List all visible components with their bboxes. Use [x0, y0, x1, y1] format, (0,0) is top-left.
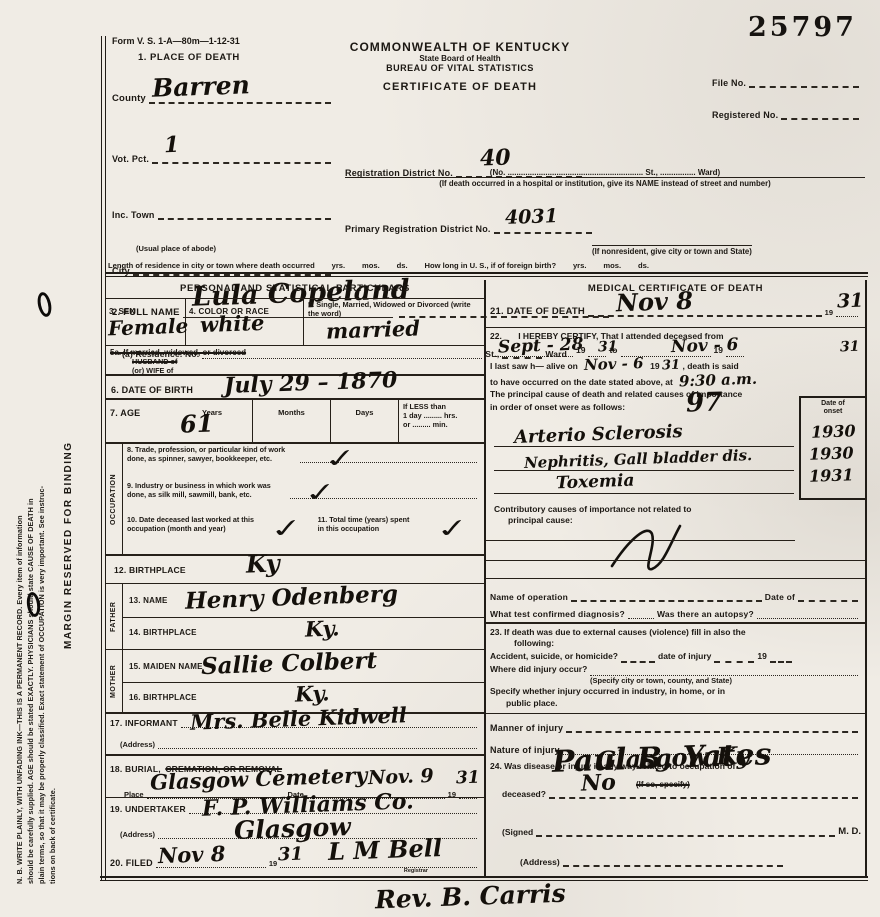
blank-rule — [486, 578, 865, 579]
onset-head-2: onset — [801, 408, 865, 416]
age-label-cell: 7. AGE — [106, 400, 172, 442]
onset-date-handwriting: 1930 — [811, 423, 856, 441]
length-residence-line: Length of residence in city or town wher… — [108, 261, 866, 270]
nature-label: Nature of injury — [490, 745, 560, 755]
q24-line-2: deceased? — [502, 789, 546, 799]
year-prefix: 19 — [825, 308, 833, 317]
filed-value-handwriting: Nov 8 — [158, 843, 226, 866]
cause-1-handwriting: Arterio Sclerosis — [514, 423, 683, 447]
medical-column: MEDICAL CERTIFICATE OF DEATH 21. DATE OF… — [486, 280, 867, 878]
husband-line1-struck: 5a. If married, widowed, or divorced — [110, 348, 480, 357]
margin-nb-line: N. B. WRITE PLAINLY, WITH UNFADING INK—T… — [14, 38, 25, 884]
occ9-label: 9. Industry or business in which work wa… — [127, 482, 287, 499]
blank-line — [714, 660, 754, 663]
time-of-death-handwriting: 9:30 a.m. — [679, 371, 758, 389]
causes-block: Date of onset 1930 1930 1931 97 Arterio … — [486, 406, 865, 586]
age-less-line: 1 day ......... hrs. — [403, 411, 480, 420]
occupation-row-8: 8. Trade, profession, or particular kind… — [123, 444, 484, 480]
vot-pct-value-handwriting: 1 — [164, 134, 180, 157]
mother-inner: 15. MAIDEN NAME Sallie Colbert 16. BIRTH… — [122, 650, 484, 712]
margin-nb-line: tions on back of certificate. — [47, 38, 58, 884]
where-label: Where did injury occur? — [490, 664, 587, 675]
attended-from-year-handwriting: 31 — [598, 340, 618, 355]
blank-rule — [486, 540, 795, 541]
operation-row: Name of operation Date of — [486, 586, 865, 604]
death-certificate-scan: N. B. WRITE PLAINLY, WITH UNFADING INK—T… — [0, 0, 880, 917]
age-months-cell: Months — [252, 400, 330, 442]
manner-row: Manner of injury — [486, 714, 865, 736]
informant-row: 17. INFORMANT Mrs. Belle Kidwell — [106, 714, 484, 740]
bottom-rule — [100, 876, 868, 881]
date-of-death-row: 21. DATE OF DEATH 19 Nov 8 31 — [486, 298, 865, 328]
form-number: Form V. S. 1-A—80m—1-12-31 — [112, 36, 240, 46]
margin-nb-line: plain terms, so that it may be properly … — [36, 38, 47, 884]
if-so-specify-struck: (If so, specify) — [636, 780, 690, 789]
no-st-ward-line: (No. ...................................… — [345, 168, 865, 177]
occupation-block: OCCUPATION 8. Trade, profession, or part… — [106, 444, 484, 556]
father-inner: 13. NAME Henry Odenberg 14. BIRTHPLACE K… — [122, 584, 484, 649]
father-block: FATHER 13. NAME Henry Odenberg 14. BIRTH… — [106, 584, 484, 650]
certificate-number-stamp: 25797 — [748, 12, 857, 43]
address-label: (Address) — [120, 830, 155, 839]
q23-line-2: following: — [514, 638, 861, 649]
clergy-name-handwriting: Rev. B. Carris — [375, 881, 566, 913]
age-less-cell: If LESS than 1 day ......... hrs. or ...… — [398, 400, 484, 442]
check-mark-icon: ✓ — [268, 513, 305, 544]
marital-cell: 5. Single, Married, Widowed or Divorced … — [304, 299, 484, 345]
margin-nb-line: should be carefully supplied. AGE should… — [25, 38, 36, 884]
onset-head: Date of — [801, 398, 865, 408]
place-of-death-heading: 1. PLACE OF DEATH — [138, 52, 240, 63]
county-value-handwriting: Barren — [152, 72, 251, 100]
birthplace-row: 12. BIRTHPLACE Ky — [106, 556, 484, 584]
occupation-side-label: OCCUPATION — [107, 446, 120, 552]
age-less-line: If LESS than — [403, 402, 480, 411]
board-title: State Board of Health — [300, 54, 620, 63]
scrawl-97-handwriting: 97 — [686, 389, 723, 416]
md-label: M. D. — [838, 826, 861, 837]
blank-line — [280, 865, 477, 868]
cause-3-handwriting: Toxemia — [556, 473, 635, 493]
last-alive-handwriting: Nov - 6 — [584, 356, 644, 373]
signed-address-label: (Address) — [520, 857, 560, 867]
undertaker-label: 19. UNDERTAKER — [110, 804, 186, 814]
check-mark-icon: ✓ — [434, 513, 471, 544]
personal-column: PERSONAL AND STATISTICAL PARTICULARS 3. … — [106, 280, 486, 878]
y19-label: 19 — [757, 651, 766, 662]
date-of-birth-row: 6. DATE OF BIRTH July 29 – 1870 — [106, 376, 484, 400]
registrar-label: Registrar — [404, 868, 428, 874]
signed-label: (Signed — [502, 827, 533, 837]
husband-line2-struck: HUSBAND of — [132, 357, 480, 366]
registered-no-row: Registered No. — [712, 110, 862, 120]
age-value-handwriting: 61 — [180, 411, 214, 436]
occupation-cell-11: 11. Total time (years) spent in this occ… — [318, 516, 480, 552]
blank-line — [571, 599, 762, 602]
filed-label: 20. FILED — [110, 858, 153, 868]
hospital-note: (If death occurred in a hospital or inst… — [345, 177, 865, 188]
occ10-label: 10. Date deceased last worked at this oc… — [127, 516, 257, 533]
last-saw-text: I last saw h— alive on — [490, 361, 578, 371]
informant-address-row: (Address) — [106, 740, 484, 756]
father-name-label: 13. NAME — [129, 596, 168, 605]
primary-reg-label: Primary Registration District No. — [345, 224, 491, 234]
accident-label: Accident, suicide, or homicide? — [490, 651, 618, 662]
father-name-value-handwriting: Henry Odenberg — [185, 582, 399, 612]
commonwealth-title: COMMONWEALTH OF KENTUCKY — [300, 40, 620, 54]
occ8-label: 8. Trade, profession, or particular kind… — [127, 446, 297, 463]
street-ward-block: (No. ...................................… — [345, 168, 865, 188]
specify-city-note: (Specify city or town, county, and State… — [590, 676, 861, 686]
blank-line — [158, 746, 477, 749]
date-of-label: Date of — [765, 592, 795, 602]
certify-block: 22. I HEREBY CERTIFY, That I attended de… — [486, 328, 865, 406]
blank-line — [549, 796, 858, 799]
margin-binding-label: MARGIN RESERVED FOR BINDING — [63, 38, 74, 884]
blank-rule — [486, 560, 865, 561]
blank-line — [781, 117, 859, 120]
father-bp-value-handwriting: Ky. — [305, 617, 340, 639]
age-months-head: Months — [278, 408, 305, 417]
informant-label: 17. INFORMANT — [110, 718, 178, 728]
vot-pct-row: Vot. Pct. 1 — [112, 150, 334, 164]
dod-label: 21. DATE OF DEATH — [490, 306, 585, 317]
blank-line — [494, 231, 592, 234]
pen-flourish-icon — [606, 514, 686, 576]
blank-line — [536, 834, 835, 837]
address-label: (Address) — [120, 740, 155, 749]
age-less-line: or ......... min. — [403, 420, 480, 429]
color-race-cell: 4. COLOR OR RACE white — [186, 299, 304, 345]
specify-public-line-1: Specify whether injury occurred in indus… — [490, 686, 861, 697]
mother-name-row: 15. MAIDEN NAME Sallie Colbert — [123, 650, 484, 683]
burial-year-value-handwriting: 31 — [456, 770, 480, 788]
external-causes-block: 23. If death was due to external causes … — [486, 624, 865, 714]
age-years-cell: Years 61 — [172, 400, 252, 442]
blank-line — [152, 161, 331, 164]
age-days-cell: Days — [330, 400, 398, 442]
sex-cell: 3. SEX Female — [106, 299, 186, 345]
dod-value-handwriting: Nov 8 — [616, 289, 694, 316]
file-no-label: File No. — [712, 78, 746, 88]
abode-note: (Usual place of abode) — [136, 244, 216, 253]
onset-date-handwriting: 1930 — [809, 445, 854, 463]
certificate-title: CERTIFICATE OF DEATH — [300, 81, 620, 93]
vot-pct-label: Vot. Pct. — [112, 154, 149, 164]
sex-value-handwriting: Female — [108, 316, 189, 339]
burial-date-value-handwriting: Nov. 9 — [368, 767, 434, 788]
mother-bp-value-handwriting: Ky. — [295, 682, 330, 704]
state-header: COMMONWEALTH OF KENTUCKY State Board of … — [300, 40, 620, 93]
age-row: 7. AGE Years 61 Months Days If LESS than… — [106, 400, 484, 444]
primary-reg-row: Primary Registration District No. 4031 — [345, 220, 595, 234]
registered-no-label: Registered No. — [712, 110, 778, 120]
informant-value-handwriting: Mrs. Belle Kidwell — [190, 704, 407, 733]
inc-town-row: Inc. Town — [112, 206, 334, 220]
test-autopsy-row: What test confirmed diagnosis? Was there… — [486, 604, 865, 624]
burial-place-value-handwriting: Glasgow Cemetery — [150, 764, 368, 793]
operation-label: Name of operation — [490, 592, 568, 602]
personal-section-title: PERSONAL AND STATISTICAL PARTICULARS — [106, 280, 484, 298]
cause-line — [494, 493, 794, 494]
mother-bp-label: 16. BIRTHPLACE — [129, 693, 197, 702]
father-bp-label: 14. BIRTHPLACE — [129, 628, 197, 637]
physician-address-handwriting: Glasgow Ky — [596, 743, 751, 772]
check-mark-icon: ✓ — [322, 443, 359, 474]
section-divider-rule — [106, 272, 868, 277]
father-birthplace-row: 14. BIRTHPLACE Ky. — [123, 618, 484, 648]
father-side-label: FATHER — [107, 586, 120, 647]
year-prefix: 19 — [269, 859, 277, 868]
occupation-inner: 8. Trade, profession, or particular kind… — [122, 444, 484, 554]
occurred-text-1: , death is said — [682, 361, 738, 371]
occurred-text-2: to have occurred on the date stated abov… — [490, 377, 673, 387]
manner-label: Manner of injury — [490, 723, 563, 733]
filed-year-handwriting: 31 — [278, 846, 304, 865]
blank-line — [158, 217, 331, 220]
occ11-label: 11. Total time (years) spent in this occ… — [318, 516, 413, 533]
q23-line-1: 23. If death was due to external causes … — [490, 627, 861, 638]
occupation-row-10-11: 10. Date deceased last worked at this oc… — [123, 514, 484, 554]
occupation-row-9: 9. Industry or business in which work wa… — [123, 480, 484, 514]
mother-name-value-handwriting: Sallie Colbert — [201, 649, 378, 678]
father-name-row: 13. NAME Henry Odenberg — [123, 584, 484, 618]
bureau-title: BUREAU OF VITAL STATISTICS — [300, 63, 620, 73]
test-label: What test confirmed diagnosis? — [490, 609, 625, 619]
injury-date-label: date of injury — [658, 651, 711, 662]
sex-color-marital-row: 3. SEX Female 4. COLOR OR RACE white 5. … — [106, 298, 484, 346]
occupation-related-block: 24. Was disease or injury in any way rel… — [486, 758, 865, 878]
blank-line — [836, 314, 858, 317]
blank-line — [749, 85, 859, 88]
occupation-cell-10: 10. Date deceased last worked at this oc… — [127, 516, 318, 552]
bp12-label: 12. BIRTHPLACE — [114, 565, 186, 575]
registration-district-row — [345, 106, 580, 120]
binding-margin-text: N. B. WRITE PLAINLY, WITH UNFADING INK—T… — [14, 38, 74, 884]
dob-label: 6. DATE OF BIRTH — [111, 385, 193, 395]
age-days-head: Days — [356, 408, 374, 417]
mother-name-label: 15. MAIDEN NAME — [129, 662, 203, 671]
blank-line — [566, 730, 858, 733]
blank-line — [621, 660, 655, 663]
primary-reg-value-handwriting: 4031 — [505, 207, 559, 228]
nonresident-note: (If nonresident, give city or town and S… — [592, 245, 752, 256]
attended-to-year-handwriting: 31 — [839, 340, 859, 355]
date-of-onset-box: Date of onset 1930 1930 1931 — [799, 396, 865, 500]
county-label: County — [112, 93, 146, 104]
onset-date-handwriting: 1931 — [809, 467, 854, 485]
blank-line — [628, 616, 654, 619]
cause-2-handwriting: Nephritis, Gall bladder dis. — [524, 448, 753, 471]
county-row: County Barren — [112, 90, 334, 104]
bp12-value-handwriting: Ky — [246, 551, 281, 576]
attended-from-handwriting: Sept - 28 — [498, 337, 584, 357]
mother-block: MOTHER 15. MAIDEN NAME Sallie Colbert 16… — [106, 650, 484, 714]
age-label: 7. AGE — [110, 408, 140, 418]
registrar-signature-handwriting: L M Bell — [328, 836, 443, 864]
file-no-row: File No. — [712, 78, 862, 88]
inc-town-label: Inc. Town — [112, 210, 155, 220]
blank-line — [770, 660, 792, 663]
blank-line — [757, 616, 858, 619]
last-alive-year-handwriting: 31 — [662, 358, 681, 372]
filed-row: 20. FILED 19 Nov 8 31 L M Bell Registrar — [106, 850, 484, 878]
year-prefix: 19 — [650, 361, 659, 371]
specify-public-line-2: public place. — [506, 698, 861, 709]
autopsy-label: Was there an autopsy? — [657, 609, 754, 619]
attended-to-handwriting: Nov - 6 — [671, 337, 739, 356]
color-race-value-handwriting: white — [200, 312, 265, 335]
check-mark-icon: ✓ — [302, 477, 339, 508]
reg-district-value-handwriting: 40 — [480, 146, 511, 169]
blank-line — [798, 599, 858, 602]
dob-value-handwriting: July 29 – 1870 — [224, 369, 398, 397]
dod-year-handwriting: 31 — [836, 292, 863, 312]
marital-value-handwriting: married — [326, 317, 421, 341]
blank-line — [563, 864, 783, 867]
mother-side-label: MOTHER — [107, 652, 120, 710]
